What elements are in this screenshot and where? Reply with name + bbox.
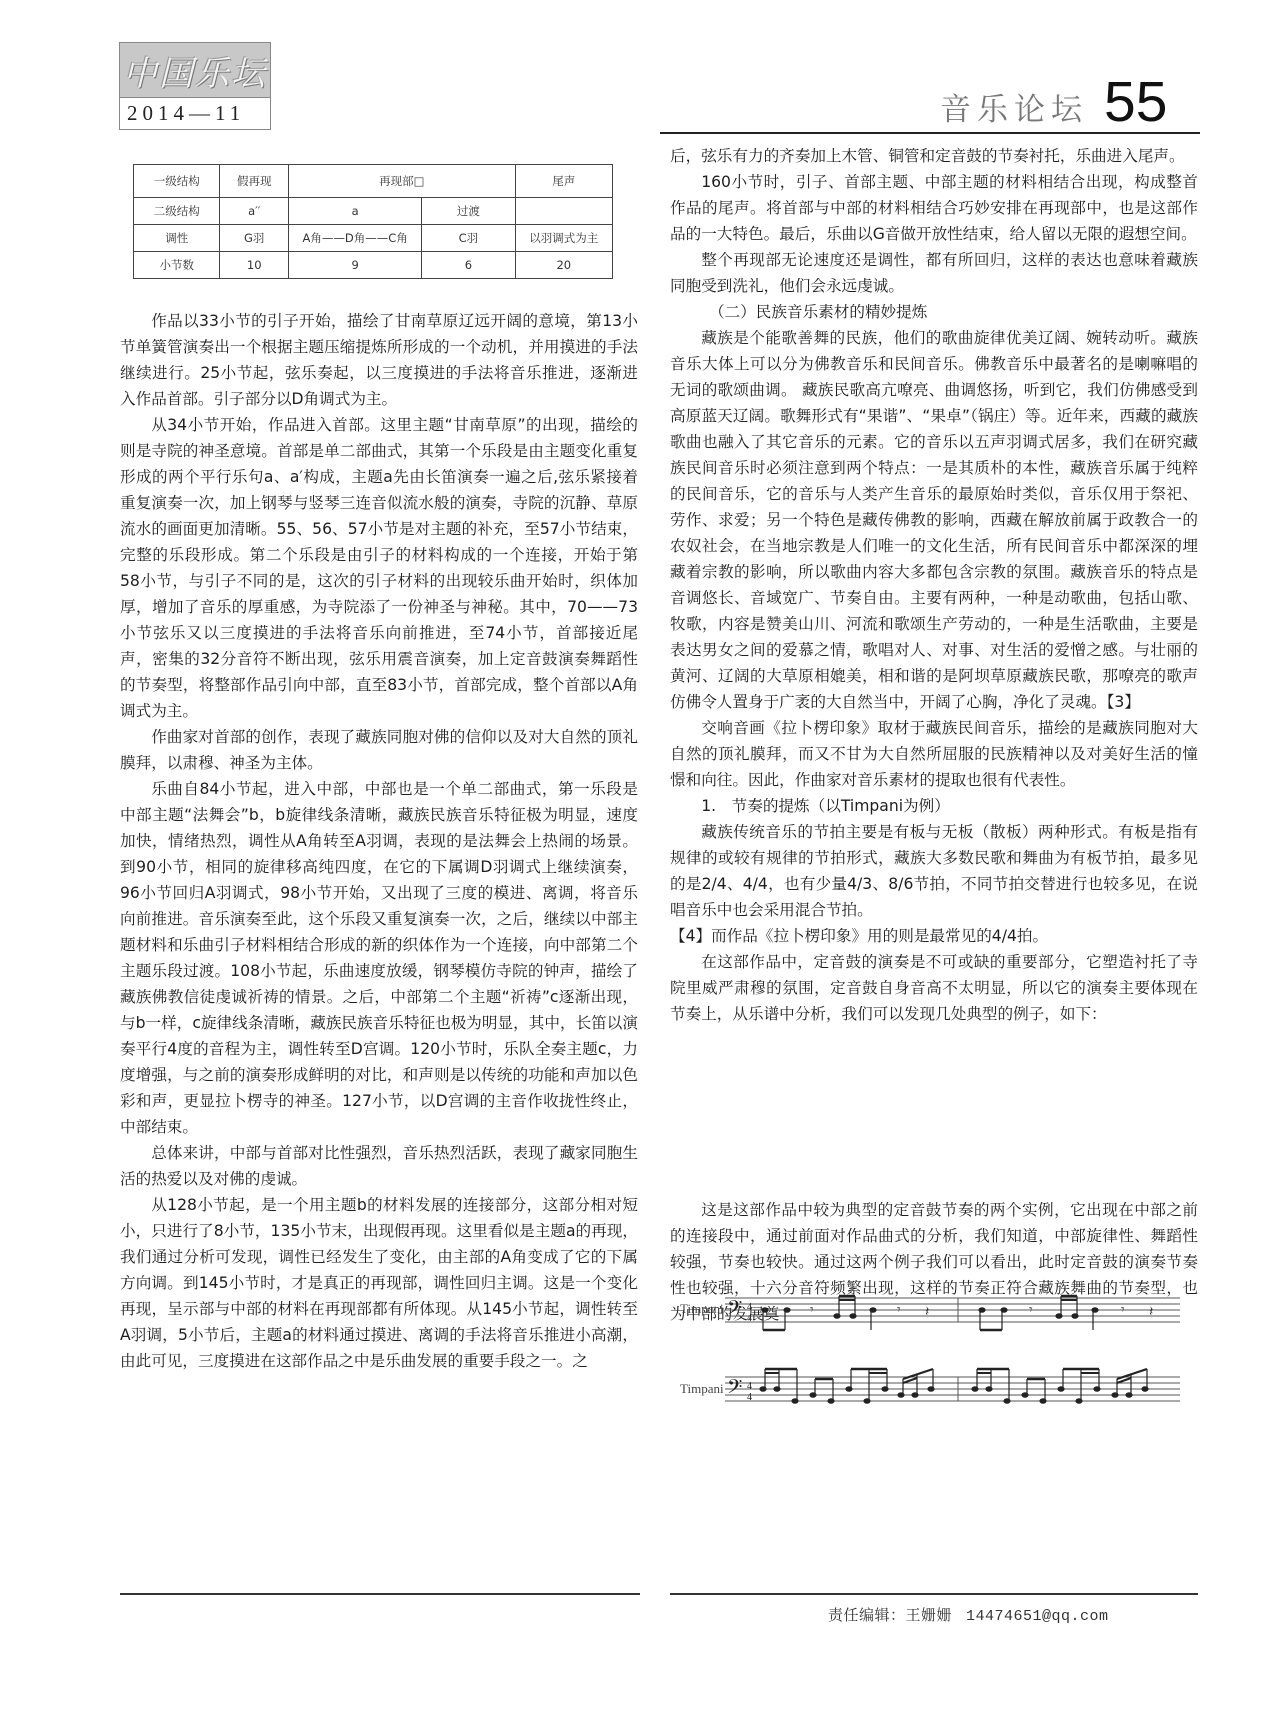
table-row: 调性 G羽 A角——D角——C角 C羽 以羽调式为主 <box>134 225 613 252</box>
paragraph: 从128小节起，是一个用主题b的材料发展的连接部分，这部分相对短小，只进行了8小… <box>120 1192 638 1374</box>
timpani-score-example-2: Timpani 𝄢 4 4 <box>680 1365 1190 1425</box>
footer-rule-left <box>120 1593 640 1595</box>
svg-text:4: 4 <box>747 1302 752 1313</box>
table-cell: 20 <box>515 252 612 279</box>
table-cell: 二级结构 <box>134 198 220 225</box>
table-cell: C羽 <box>422 225 515 252</box>
timpani-score-example-1: Timpani 𝄢 4 4 𝄾𝄾𝄽 <box>680 1292 1190 1342</box>
table-cell: G羽 <box>220 225 289 252</box>
paragraph: 交响音画《拉卜楞印象》取材于藏族民间音乐，描绘的是藏族同胞对大自然的顶礼膜拜，而… <box>670 715 1198 793</box>
table-cell: 过渡 <box>422 198 515 225</box>
table-cell: 假再现 <box>220 165 289 198</box>
svg-text:𝄽: 𝄽 <box>925 1304 929 1320</box>
svg-text:𝄽: 𝄽 <box>1149 1304 1153 1320</box>
header-rule <box>660 132 1200 134</box>
structure-table-figure: 一级结构 假再现 再现部□ 尾声 二级结构 a′′ a 过渡 调性 G羽 A角—… <box>133 164 613 279</box>
subsection-heading: 1. 节奏的提炼（以Timpani为例） <box>670 793 1198 819</box>
table-cell: 小节数 <box>134 252 220 279</box>
table-cell: 尾声 <box>515 165 612 198</box>
structure-table: 一级结构 假再现 再现部□ 尾声 二级结构 a′′ a 过渡 调性 G羽 A角—… <box>133 164 613 279</box>
table-cell: 6 <box>422 252 515 279</box>
table-row: 小节数 10 9 6 20 <box>134 252 613 279</box>
left-column: 作品以33小节的引子开始，描绘了甘南草原辽远开阔的意境，第13小节单簧管演奏出一… <box>120 308 638 1374</box>
table-cell: 9 <box>289 252 422 279</box>
section-header: 音乐论坛 55 <box>940 74 1167 131</box>
table-row: 一级结构 假再现 再现部□ 尾声 <box>134 165 613 198</box>
paragraph-reference: 【4】而作品《拉卜楞印象》用的则是最常见的4/4拍。 <box>670 923 1198 949</box>
paragraph-continuation: 后，弦乐有力的齐奏加上木管、铜管和定音鼓的节奏衬托，乐曲进入尾声。 <box>670 143 1198 169</box>
paragraph: 藏族是个能歌善舞的民族，他们的歌曲旋律优美辽阔、婉转动听。藏族音乐大体上可以分为… <box>670 325 1198 715</box>
editor-credit: 责任编辑：王姗姗14474651@qq.com <box>828 1604 1109 1625</box>
svg-text:𝄾: 𝄾 <box>1029 1302 1033 1318</box>
table-cell: 调性 <box>134 225 220 252</box>
table-cell: a <box>289 198 422 225</box>
editor-email: 14474651@qq.com <box>966 1608 1109 1625</box>
table-cell: A角——D角——C角 <box>289 225 422 252</box>
footer-rule-right <box>670 1593 1198 1595</box>
table-cell: 以羽调式为主 <box>515 225 612 252</box>
paragraph: 作品以33小节的引子开始，描绘了甘南草原辽远开阔的意境，第13小节单簧管演奏出一… <box>120 308 638 412</box>
staff-notation: 𝄢 4 4 <box>725 1365 1185 1425</box>
paragraph: 作曲家对首部的创作，表现了藏族同胞对佛的信仰以及对大自然的顶礼膜拜，以肃穆、神圣… <box>120 724 638 776</box>
editor-label: 责任编辑：王姗姗 <box>828 1608 952 1624</box>
issue-number: 2014—11 <box>120 98 270 129</box>
paragraph: 藏族传统音乐的节拍主要是有板与无板（散板）两种形式。有板是指有规律的或较有规律的… <box>670 819 1198 923</box>
paragraph: 从34小节开始，作品进入首部。这里主题“甘南草原”的出现，描绘的则是寺院的神圣意… <box>120 412 638 724</box>
paragraph: 总体来讲，中部与首部对比性强烈，音乐热烈活跃，表现了藏家同胞生活的热爱以及对佛的… <box>120 1140 638 1192</box>
svg-text:𝄾: 𝄾 <box>897 1302 901 1318</box>
svg-text:𝄢: 𝄢 <box>727 1375 742 1403</box>
journal-masthead: 中国乐坛 2014—11 <box>119 42 271 130</box>
table-cell: a′′ <box>220 198 289 225</box>
instrument-label: Timpani <box>680 1301 724 1317</box>
page-number: 55 <box>1104 74 1167 131</box>
table-cell <box>515 198 612 225</box>
score-spacer <box>670 1027 1198 1197</box>
table-cell: 10 <box>220 252 289 279</box>
staff-notation: 𝄢 4 4 𝄾𝄾𝄽 𝄾𝄾𝄽 <box>725 1292 1185 1342</box>
svg-text:𝄾: 𝄾 <box>1121 1302 1125 1318</box>
svg-text:𝄢: 𝄢 <box>727 1296 742 1324</box>
table-cell: 再现部□ <box>289 165 516 198</box>
right-column: 后，弦乐有力的齐奏加上木管、铜管和定音鼓的节奏衬托，乐曲进入尾声。 160小节时… <box>670 143 1198 1327</box>
section-name: 音乐论坛 <box>940 84 1088 129</box>
table-row: 二级结构 a′′ a 过渡 <box>134 198 613 225</box>
paragraph: 乐曲自84小节起，进入中部，中部也是一个单二部曲式，第一乐段是中部主题“法舞会”… <box>120 776 638 1140</box>
svg-text:𝄾: 𝄾 <box>810 1302 814 1318</box>
paragraph: 整个再现部无论速度还是调性，都有所回归，这样的表达也意味着藏族同胞受到洗礼，他们… <box>670 247 1198 299</box>
svg-text:4: 4 <box>747 1381 752 1392</box>
instrument-label: Timpani <box>680 1381 724 1397</box>
paragraph: 160小节时，引子、首部主题、中部主题的材料相结合出现，构成整首作品的尾声。将首… <box>670 169 1198 247</box>
paragraph: 在这部作品中，定音鼓的演奏是不可或缺的重要部分，它塑造衬托了寺院里威严肃穆的氛围… <box>670 949 1198 1027</box>
table-cell: 一级结构 <box>134 165 220 198</box>
journal-logo: 中国乐坛 <box>120 43 270 98</box>
section-subheading: （二）民族音乐素材的精妙提炼 <box>670 299 1198 325</box>
svg-text:4: 4 <box>747 1313 752 1324</box>
svg-text:4: 4 <box>747 1392 752 1403</box>
